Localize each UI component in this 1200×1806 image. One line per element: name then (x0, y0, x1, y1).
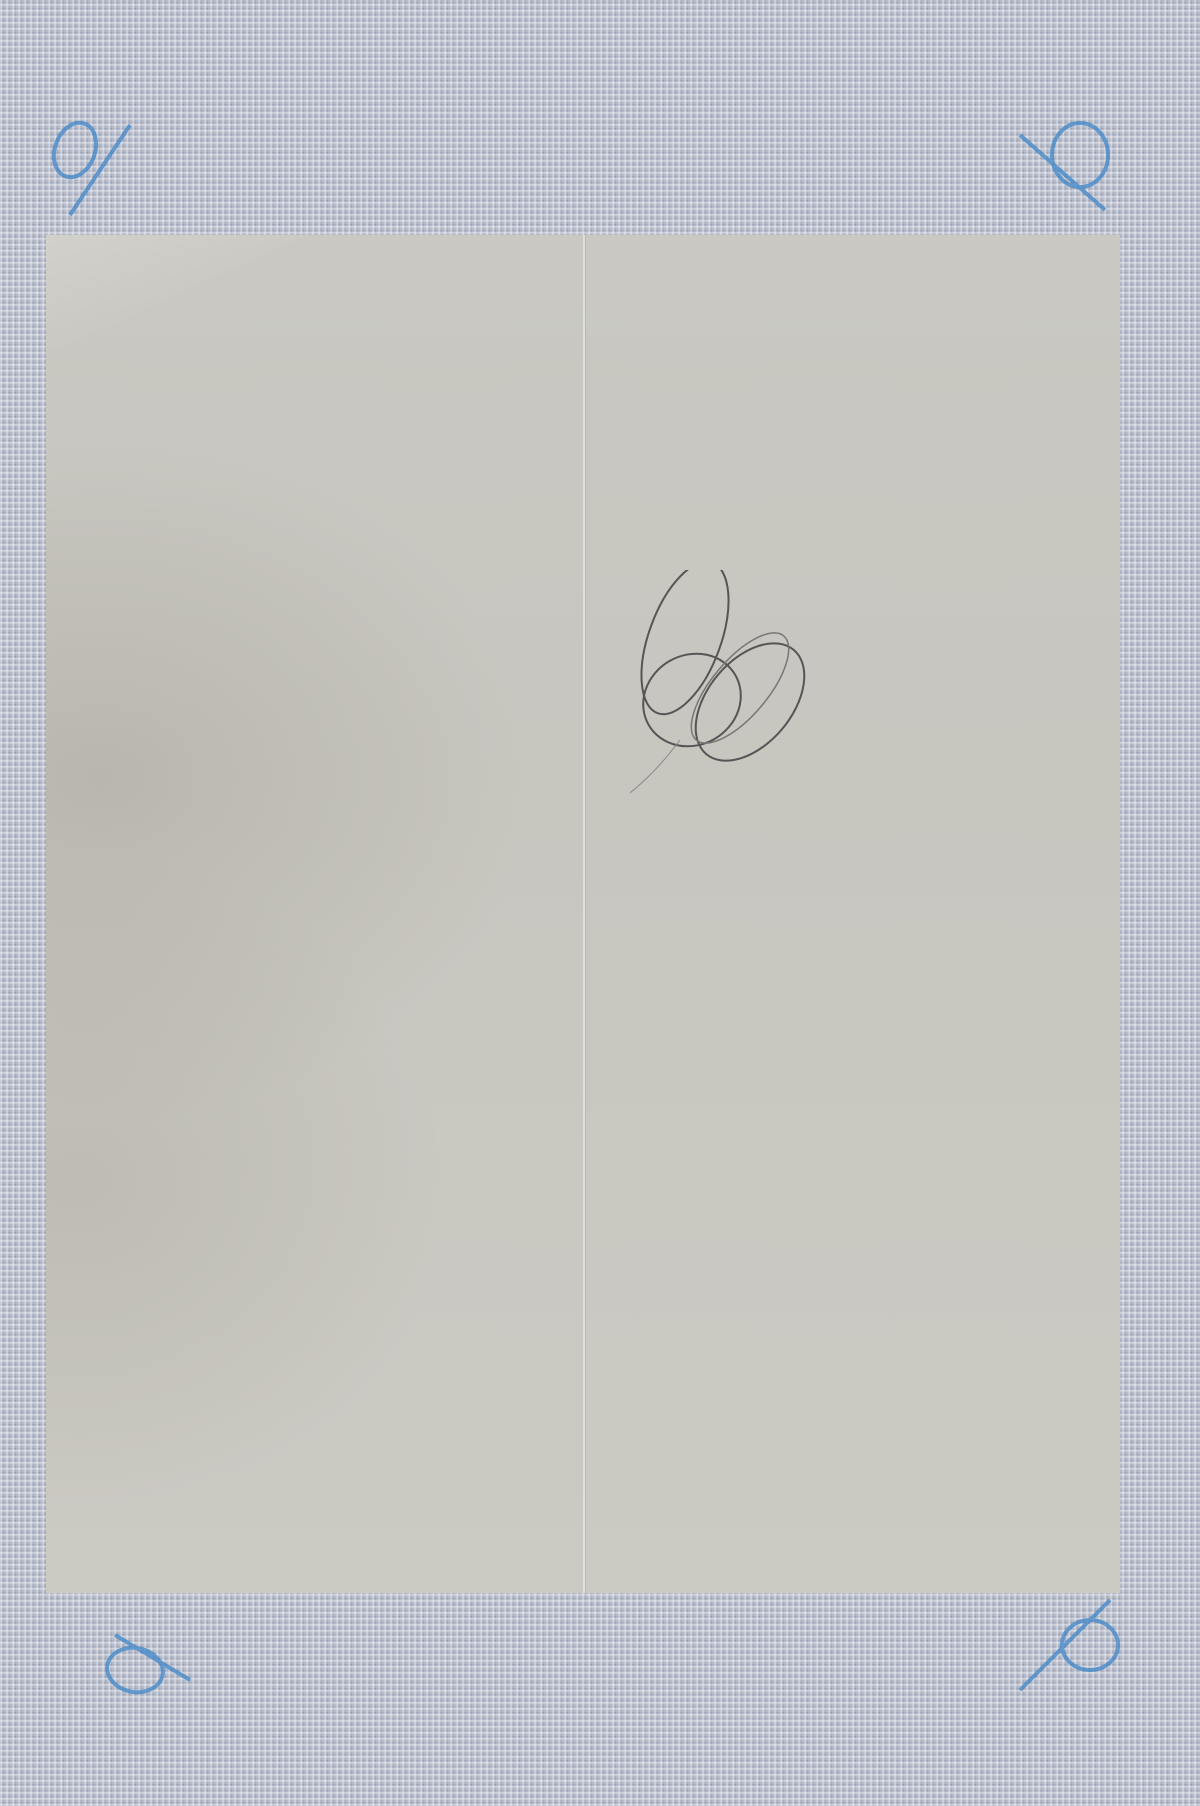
crayon-mark-bottom-left (90, 1620, 200, 1710)
crayon-mark-top-left (45, 110, 135, 220)
crayon-mark-top-right (1010, 110, 1120, 220)
folded-corner (46, 235, 306, 355)
document-sheet (46, 235, 1120, 1593)
crayon-mark-bottom-right (1010, 1590, 1140, 1700)
center-fold-crease (583, 235, 585, 1593)
